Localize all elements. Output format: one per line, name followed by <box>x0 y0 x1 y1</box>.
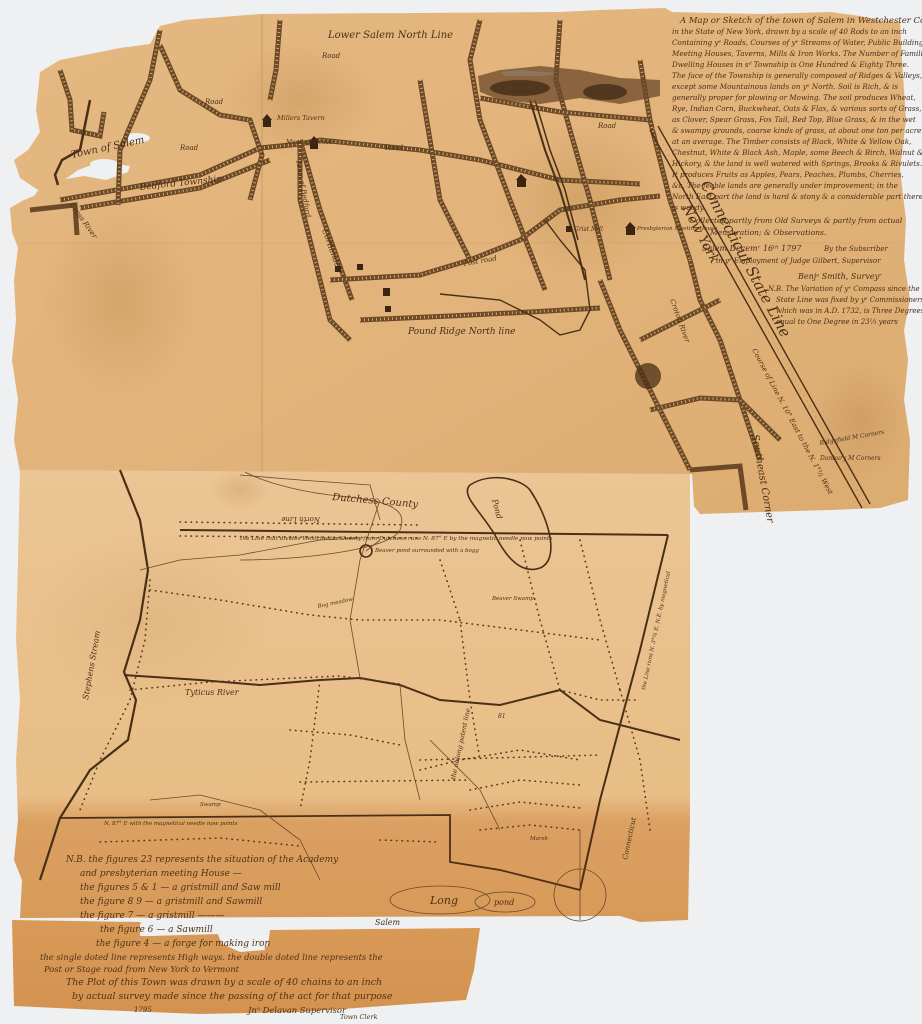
signature-by: By the Subscriber <box>824 244 888 255</box>
label-road-4: Road <box>321 52 341 60</box>
description-line: It produces Fruits as Apples, Pears, Pea… <box>672 170 904 181</box>
label-titicus-river: Tyticus River <box>185 688 240 697</box>
label-grist-mill: Grist Mill <box>574 226 603 233</box>
legend-line: the figure 4 — a forge for making iron <box>96 937 270 951</box>
label-road-2: Road <box>204 98 224 106</box>
nb-note-line: State Line was fixed by yᵉ Commissioners <box>776 295 922 306</box>
label-number-81: 81 <box>498 713 506 720</box>
description-line: Chestnut, White & Black Ash, Maple, some… <box>672 148 922 159</box>
plot-note-2: by actual survey made since the passing … <box>72 990 392 1004</box>
description-line: generally proper for plowing or Mowing. … <box>672 93 916 104</box>
label-long-pond-1: Long <box>429 894 458 907</box>
label-lower-salem-north-line: Lower Salem North Line <box>327 30 453 41</box>
label-pound-ridge-north-line: Pound Ridge North line <box>407 327 515 337</box>
nb-note-line: N.B. The Variation of yᵉ Compass since t… <box>768 284 920 295</box>
legend-line: the figure 6 — a Sawmill <box>100 923 213 937</box>
description-line: in the State of New York, drawn by a sca… <box>672 27 907 38</box>
description-line: is woody. <box>672 203 705 214</box>
label-north-line: North Line <box>281 515 321 523</box>
surveyor-signature: Benjᵃ Smith, Surveyʳ <box>798 272 882 283</box>
description-line: at an average. The Timber consists of Bl… <box>672 137 911 148</box>
signature-date: Salem Decemʳ 16ᵗʰ 1797 <box>702 244 801 255</box>
label-marsh: Marsh <box>529 836 548 842</box>
label-swamp: Swamp <box>200 802 221 808</box>
description-line: & swampy grounds, coarse kinds of grass,… <box>672 126 921 137</box>
legend-line: the figure 8 9 — a gristmill and Sawmill <box>80 895 262 909</box>
label-beaver-swamp: Beaver Swamp <box>491 596 534 602</box>
label-beaver-pond: Beaver pond surrounded with a bogg <box>374 548 479 554</box>
legend-line: the figure 7 — a gristmill ——— <box>80 909 225 923</box>
nb-note-line: which was in A.D. 1732, is Three Degrees <box>776 306 922 317</box>
label-meeting-house: Meeting House <box>285 139 333 146</box>
label-millers-tavern: Millers Tavern <box>276 114 325 122</box>
signer: Jnᵒ Delavan Supervisor <box>248 1003 346 1017</box>
description-line: Dwelling Houses in sᵈ Township is One Hu… <box>672 60 909 71</box>
legend-line: N.B. the figures 23 represents the situa… <box>66 853 338 867</box>
description-line: North East part the land is hard & stony… <box>672 192 922 203</box>
nb-note-line: equal to One Degree in 23⅓ years <box>776 317 898 328</box>
label-salem: Salem <box>375 918 401 927</box>
description-line: The face of the Township is generally co… <box>672 71 922 82</box>
label-road-3: Road <box>384 144 404 152</box>
signature-employment: in yᵉ Employment of Judge Gilbert, Super… <box>716 256 880 267</box>
description-line: Rye, Indian Corn, Buckwheat, Oats & Flax… <box>672 104 922 115</box>
label-south-line: N. 87° E with the magnetical needle now … <box>103 821 238 827</box>
description-line: except some Mountainous lands on yᵉ Nort… <box>672 82 898 93</box>
year: 1795 <box>134 1003 152 1017</box>
description-line: &c. The feeble lands are generally under… <box>672 181 898 192</box>
description-line: A Map or Sketch of the town of Salem in … <box>680 16 922 27</box>
label-line-note: the Line that divides Westchester County… <box>240 536 552 542</box>
legend-line: and presbyterian meeting House — <box>80 867 242 881</box>
label-road-1: Road <box>179 144 199 152</box>
label-danbury-corners: Danbury M Corners <box>819 455 881 462</box>
plot-note-1: The Plot of this Town was drawn by a sca… <box>66 976 382 990</box>
collected-note-2: Mensuration; & Observations. <box>710 228 826 239</box>
collected-note: Collected partly from Old Surveys & part… <box>690 216 902 227</box>
grist-mill-icon <box>566 226 572 232</box>
road-note-2: Post or Stage road from New York to Verm… <box>44 962 239 976</box>
description-line: as Clover, Spear Grass, Fox Tail, Red To… <box>672 115 916 126</box>
signer-2: Town Clerk <box>340 1010 378 1024</box>
label-road-5: Road <box>597 122 617 130</box>
description-line: Containing yᵉ Roads, Courses of yᵉ Strea… <box>672 38 922 49</box>
description-line: Meeting Houses, Taverns, Mills & Iron Wo… <box>672 49 922 60</box>
label-long-pond-2: pond <box>494 898 514 907</box>
description-line: Hickory, & the land is well watered with… <box>672 159 922 170</box>
legend-line: the figures 5 & 1 — a gristmill and Saw … <box>80 881 281 895</box>
